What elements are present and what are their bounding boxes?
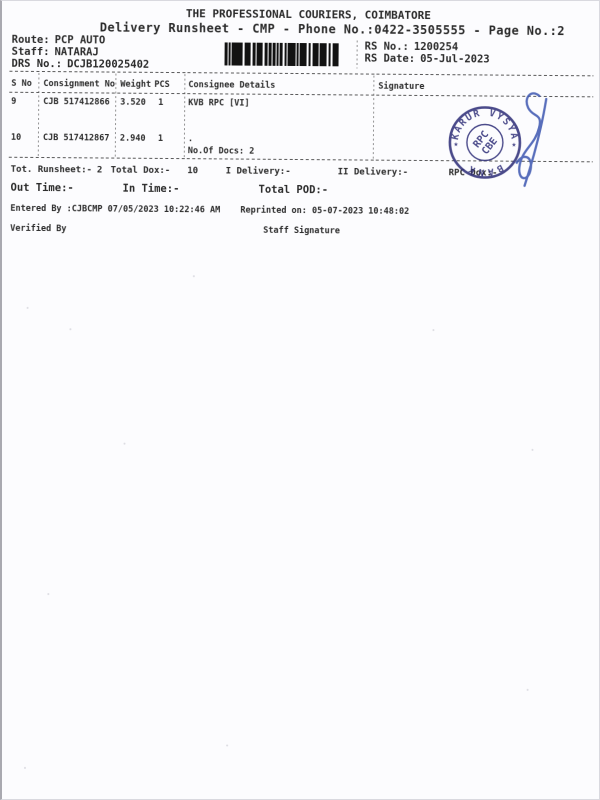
- route-label: Route:: [12, 34, 50, 46]
- scan-speckle: [124, 443, 126, 445]
- scan-speckle: [193, 275, 195, 277]
- rs-no-line: RS No.:1200254: [365, 41, 459, 54]
- scan-speckle: [69, 328, 71, 330]
- rs-date-line: RS Date:05-Jul-2023: [365, 53, 490, 66]
- staff-label: Staff:: [12, 46, 50, 58]
- row-sno: 10: [11, 134, 21, 144]
- row-pcs: 1: [158, 99, 163, 109]
- page-subtitle: Delivery Runsheet - CMP - Phone No.:0422…: [100, 21, 565, 38]
- delivery2-label: II Delivery:-: [338, 167, 409, 178]
- drs-label: DRS No.:: [11, 58, 62, 70]
- total-dox-value: 10: [187, 166, 198, 176]
- rs-date-value: 05-Jul-2023: [420, 53, 490, 66]
- handwritten-signature: [493, 89, 554, 195]
- header-divider-line: [356, 40, 357, 68]
- signature-stroke: [517, 93, 541, 178]
- row-sno: 9: [11, 98, 16, 108]
- scan-speckle: [432, 329, 434, 331]
- rs-no-label: RS No.:: [365, 41, 409, 53]
- signature-stroke: [525, 99, 547, 186]
- staff-value: NATARAJ: [54, 46, 98, 58]
- row-weight: 3.520: [120, 99, 146, 109]
- rs-date-label: RS Date:: [365, 53, 416, 65]
- scan-speckle: [226, 744, 228, 746]
- stamp-star-left: ★: [453, 139, 458, 148]
- out-time-label: Out Time:-: [10, 182, 73, 195]
- col-header-weight: Weight: [120, 81, 151, 91]
- delivery1-label: I Delivery:-: [226, 166, 291, 177]
- route-value: PCP AUTO: [55, 34, 106, 46]
- rs-no-value: 1200254: [414, 41, 458, 53]
- col-header-consignment: Consignment No: [43, 80, 115, 90]
- col-header-pcs: PCS: [154, 81, 169, 91]
- total-dox: Total Dox:-10: [111, 166, 199, 177]
- scan-speckle: [24, 767, 26, 769]
- column-line: [38, 73, 40, 157]
- document-content: THE PROFESSIONAL COURIERS, COIMBATORE De…: [0, 1, 599, 800]
- total-dox-label: Total Dox:-: [111, 166, 171, 176]
- scan-speckle: [531, 449, 533, 451]
- verified-by-label: Verified By: [10, 225, 66, 235]
- route-line: Route:PCP AUTO: [12, 34, 106, 47]
- col-header-sno: S No: [11, 80, 32, 90]
- scan-speckle: [27, 307, 29, 309]
- row-consignee: KVB RPC [VI]: [188, 99, 249, 109]
- row-consignee: .: [188, 135, 193, 145]
- column-line: [184, 74, 186, 158]
- total-runsheet: Tot. Runsheet:-2: [11, 165, 103, 176]
- column-line: [373, 76, 375, 160]
- scan-speckle: [47, 593, 49, 595]
- reprinted-line: Reprinted on: 05-07-2023 10:48:02: [240, 207, 409, 218]
- row-consignment: CJB 517412866: [43, 98, 110, 108]
- staff-signature-label: Staff Signature: [263, 227, 340, 237]
- scanned-delivery-runsheet: THE PROFESSIONAL COURIERS, COIMBATORE De…: [0, 0, 600, 800]
- drs-value: DCJB120025402: [67, 58, 149, 71]
- total-pod-label: Total POD:-: [258, 184, 328, 197]
- col-header-signature: Signature: [378, 83, 424, 93]
- row-pcs: 1: [158, 135, 163, 145]
- row-consignment: CJB 517412867: [43, 134, 110, 144]
- scan-speckle: [527, 689, 529, 691]
- total-runsheet-value: 2: [97, 165, 103, 175]
- drs-line: DRS No.:DCJB120025402: [11, 58, 149, 71]
- staff-line: Staff:NATARAJ: [12, 46, 99, 59]
- row-docs-count: No.Of Docs: 2: [188, 147, 255, 157]
- col-header-consignee: Consignee Details: [188, 81, 275, 91]
- row-weight: 2.940: [120, 135, 146, 145]
- entered-by-line: Entered By :CJBCMP 07/05/2023 10:22:46 A…: [10, 205, 220, 216]
- in-time-label: In Time:-: [122, 183, 179, 196]
- total-runsheet-label: Tot. Runsheet:-: [11, 165, 92, 176]
- barcode-icon: [224, 42, 338, 66]
- dashed-divider: [9, 71, 593, 78]
